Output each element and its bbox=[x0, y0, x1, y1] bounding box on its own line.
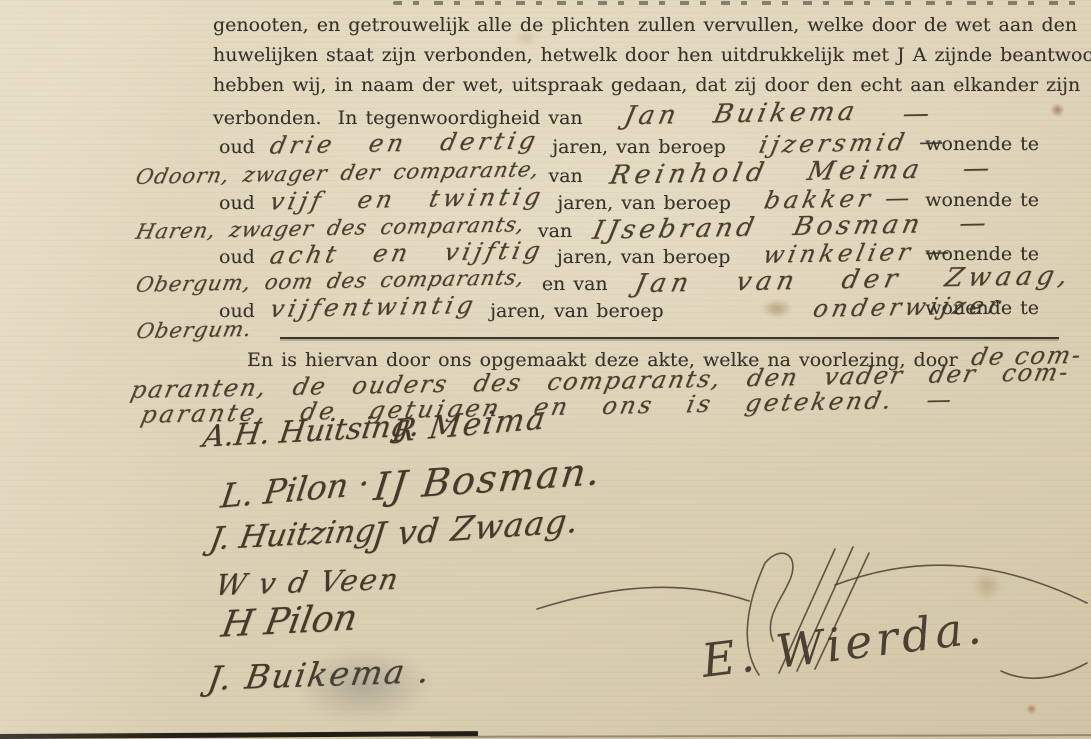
handwritten-text: — bbox=[900, 99, 932, 129]
printed-text: en van bbox=[542, 271, 608, 297]
signature-l-pilon: L. Pilon · bbox=[218, 463, 371, 516]
printed-text: jaren, van beroep bbox=[552, 134, 726, 160]
printed-text: van bbox=[549, 163, 583, 189]
printed-text: jaren, van beroep bbox=[557, 190, 731, 216]
printed-text: hebben wij, in naam der wet, uitspraak g… bbox=[213, 72, 1080, 98]
handwritten-text: Jan Buikema bbox=[621, 97, 861, 131]
document-line-a: genooten, en getrouwelijk alle de plicht… bbox=[213, 12, 1061, 38]
document-line-f: Odoorn, zwager der comparante,vanReinhol… bbox=[213, 159, 1061, 189]
signature-ij-bosman: IJ Bosman. bbox=[372, 449, 605, 509]
signature-e-wierda-text: E. Wierda. bbox=[698, 600, 988, 688]
handwritten-text: drie en dertig bbox=[267, 126, 541, 159]
handwritten-text: acht en vijftig bbox=[267, 236, 546, 269]
signature-wvd-veen: W v d Veen bbox=[213, 562, 403, 603]
signature-flourish-tail bbox=[1001, 663, 1087, 678]
signature-flourish-left bbox=[537, 587, 749, 609]
signature-j-buikema: J. Buikema . bbox=[205, 651, 434, 698]
signature-j-huitzing: J. Huitzing bbox=[207, 512, 378, 557]
document-line-c: hebben wij, in naam der wet, uitspraak g… bbox=[213, 72, 1061, 98]
printed-text: wonende te bbox=[925, 295, 1039, 321]
clipped-print-line bbox=[393, 1, 1081, 5]
handwritten-text: Obergum. bbox=[134, 317, 254, 343]
handwritten-text: vijfentwintig bbox=[267, 291, 479, 323]
printed-text: oud bbox=[219, 134, 255, 160]
handwritten-text: vijf en twintig bbox=[267, 182, 547, 215]
page-bottom-edge-thin bbox=[430, 734, 1091, 738]
printed-text: oud bbox=[219, 190, 255, 216]
document-line-l: Obergum. bbox=[213, 320, 1061, 344]
printed-text: genooten, en getrouwelijk alle de plicht… bbox=[213, 12, 1077, 38]
signature-e-wierda: E. Wierda. bbox=[533, 545, 1091, 717]
document-page: genooten, en getrouwelijk alle de plicht… bbox=[0, 0, 1091, 739]
signature-h-pilon: H Pilon bbox=[218, 597, 360, 646]
printed-text: huwelijken staat zijn verbonden, hetwelk… bbox=[213, 42, 1091, 68]
page-bottom-edge bbox=[0, 731, 478, 739]
document-line-b: huwelijken staat zijn verbonden, hetwelk… bbox=[213, 42, 1061, 68]
handwritten-rule-line bbox=[280, 337, 1059, 339]
document-line-d: verbonden. In tegenwoordigheid vanJan Bu… bbox=[213, 101, 1061, 131]
signature-flourish-right-sweep bbox=[835, 565, 1087, 603]
